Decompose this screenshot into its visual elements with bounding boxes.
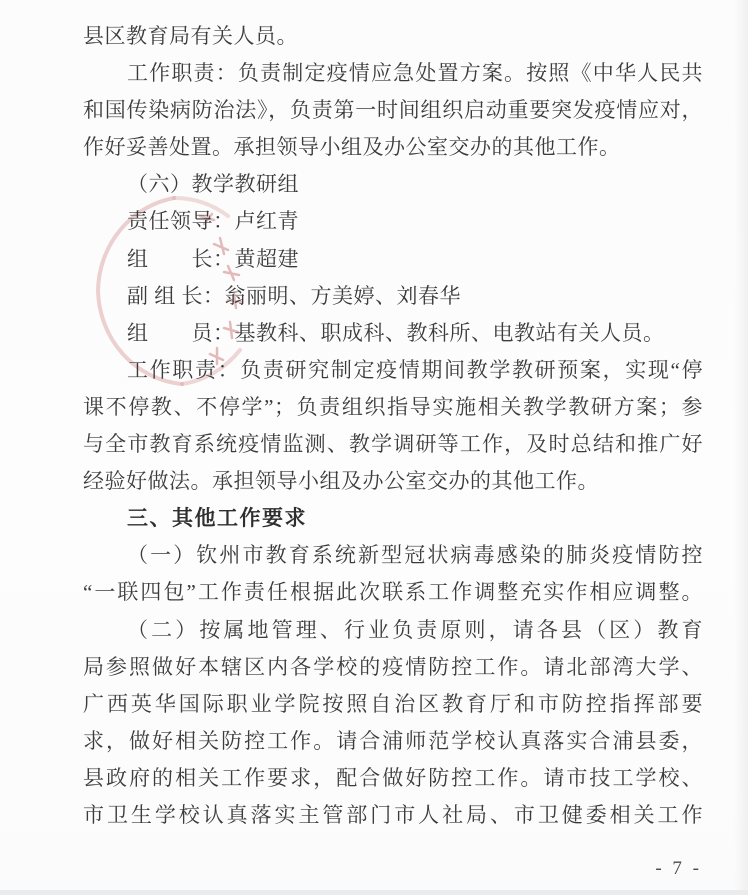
- text-line: 县区教育局有关人员。: [83, 18, 703, 55]
- document-body: 县区教育局有关人员。 工作职责：负责制定疫情应急处置方案。按照《中华人民共 和国…: [83, 18, 703, 834]
- text-line: 县政府的相关工作要求，配合做好防控工作。请市技工学校、: [83, 760, 703, 797]
- scan-edge-bottom: [0, 890, 748, 895]
- text-line: 局参照做好本辖区内各学校的疫情防控工作。请北部湾大学、: [83, 649, 703, 686]
- text-line: 工作职责：负责制定疫情应急处置方案。按照《中华人民共: [83, 55, 703, 92]
- scan-edge-right: [734, 0, 748, 895]
- text-line: （六）教学教研组: [83, 166, 703, 203]
- text-line: 组 员：基教科、职成科、教科所、电教站有关人员。: [83, 315, 703, 352]
- text-line: 副 组 长：翁丽明、方美婷、刘春华: [83, 278, 703, 315]
- text-line: 市卫生学校认真落实主管部门市人社局、市卫健委相关工作: [83, 797, 703, 834]
- page-number: - 7 -: [655, 858, 702, 880]
- text-line: 课不停教、不停学”；负责组织指导实施相关教学教研方案；参: [83, 389, 703, 426]
- text-line: （一）钦州市教育系统新型冠状病毒感染的肺炎疫情防控: [83, 537, 703, 574]
- text-line: 作好妥善处置。承担领导小组及办公室交办的其他工作。: [83, 129, 703, 166]
- text-line: 责任领导：卢红青: [83, 203, 703, 240]
- text-line: 工作职责：负责研究制定疫情期间教学教研预案，实现“停: [83, 352, 703, 389]
- text-line: 组 长：黄超建: [83, 241, 703, 278]
- text-line: “一联四包”工作责任根据此次联系工作调整充实作相应调整。: [83, 574, 703, 611]
- text-line: 广西英华国际职业学院按照自治区教育厅和市防控指挥部要: [83, 686, 703, 723]
- text-line: 和国传染病防治法》，负责第一时间组织启动重要突发疫情应对，: [83, 92, 703, 129]
- text-line: 与全市教育系统疫情监测、教学调研等工作，及时总结和推广好: [83, 426, 703, 463]
- text-line: （二）按属地管理、行业负责原则，请各县（区）教育: [83, 612, 703, 649]
- section-heading: 三、其他工作要求: [83, 500, 703, 537]
- text-line: 经验好做法。承担领导小组及办公室交办的其他工作。: [83, 463, 703, 500]
- document-page: 县区教育局有关人员。 工作职责：负责制定疫情应急处置方案。按照《中华人民共 和国…: [0, 0, 748, 895]
- text-line: 求，做好相关防控工作。请合浦师范学校认真落实合浦县委，: [83, 723, 703, 760]
